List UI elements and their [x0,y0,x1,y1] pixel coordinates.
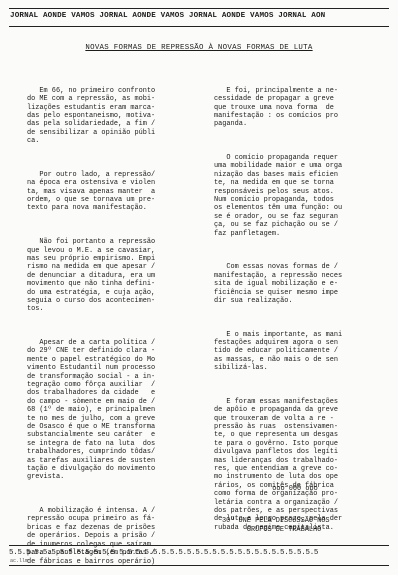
footer-top-rule [9,545,389,546]
paragraph: O comício propaganda requer uma mobilida… [214,154,382,238]
paragraph: Por outro lado, a repressão/ na época er… [27,171,195,213]
paragraph: A mobilização é intensa. A / repressão o… [27,507,195,566]
top-rule [9,8,389,9]
paragraph: Em 66, no primeiro confronto do ME com a… [27,87,195,146]
masthead-rule [9,26,389,27]
signature-block: ooo 000 ooo 30º UNE PELA DISCUSSÃO NOS G… [200,468,390,543]
paragraph: E o mais importante, as mani festações a… [214,331,382,373]
paragraph: Apesar de a carta política / do 29º CNE … [27,339,195,482]
headline: NOVAS FORMAS DE REPRESSÃO À NOVAS FORMAS… [0,44,398,52]
paragraph: E foi, principalmente a ne- cessidade de… [214,87,382,129]
separator: ooo 000 ooo [200,485,390,494]
paragraph: Com essas novas formas de / manifestação… [214,263,382,305]
left-column: Em 66, no primeiro confronto do ME com a… [27,70,195,575]
footer-bottom-rule [9,565,389,566]
masthead: JORNAL AONDE VAMOS JORNAL AONDE VAMOS JO… [10,12,390,20]
signature: 30º UNE PELA DISCUSSÃO NOS GRUPOS DE TRA… [200,517,390,534]
footer-pattern: 5.5.5.5.5.5.5.5.5.5.5.5.5.5.5.5.5.5.5.5.… [9,549,318,557]
paragraph: Não foi portanto a repressão que levou o… [27,238,195,314]
footer-mark: ac.llm . [10,558,34,564]
